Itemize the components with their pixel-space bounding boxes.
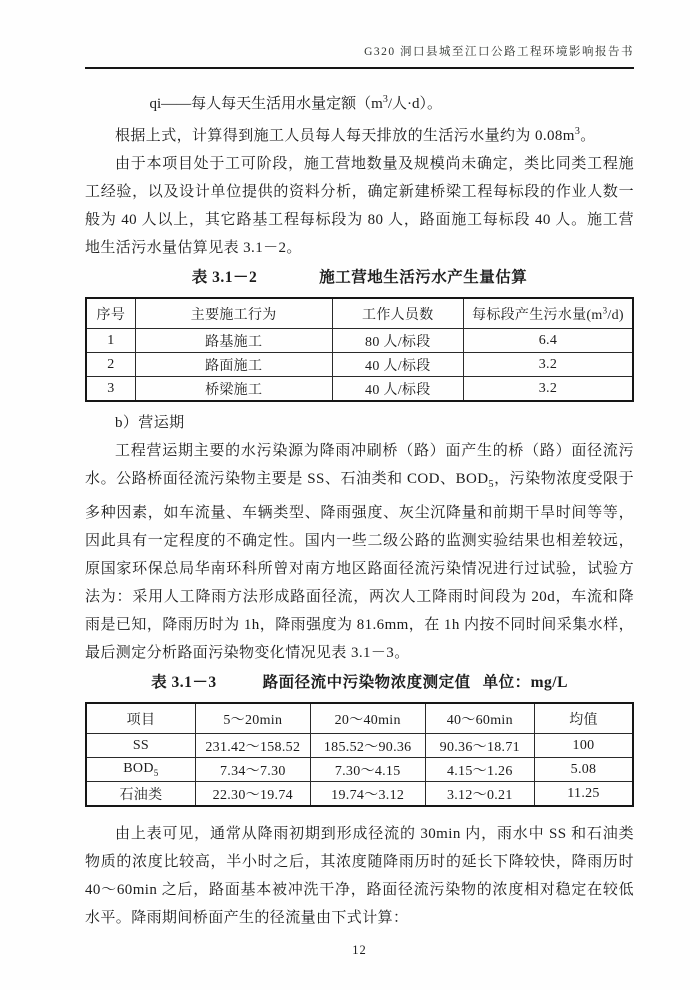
- table2-unit: 单位：mg/L: [483, 672, 568, 694]
- table-cell: SS: [86, 734, 195, 758]
- table-cell: 40 人/标段: [332, 353, 463, 377]
- formula-text-pre: qi——每人每天生活用水量定额（m: [150, 96, 383, 112]
- table-header-row: 项目5～20min20～40min40～60min均值: [86, 703, 633, 734]
- table-sewage-estimate: 序号主要施工行为工作人员数每标段产生污水量(m3/d) 1路基施工80 人/标段…: [85, 297, 634, 402]
- table-cell: 7.34～7.30: [195, 758, 310, 782]
- table-cell: 22.30～19.74: [195, 782, 310, 807]
- page-number: 12: [85, 943, 634, 958]
- table-cell: 40 人/标段: [332, 377, 463, 402]
- table1-caption: 表 3.1－2 施工营地生活污水产生量估算: [85, 267, 634, 289]
- column-header: 5～20min: [195, 703, 310, 734]
- para-calculation: 根据上式，计算得到施工人员每人每天排放的生活污水量约为 0.08m3。: [85, 118, 634, 150]
- table-cell: 7.30～4.15: [310, 758, 425, 782]
- para-conclusion: 由上表可见，通常从降雨初期到形成径流的 30min 内，雨水中 SS 和石油类物…: [85, 820, 634, 932]
- column-header: 序号: [86, 298, 135, 329]
- formula-definition-line: qi——每人每天生活用水量定额（m3/人·d）。: [85, 86, 634, 118]
- table-cell: 3.2: [463, 353, 633, 377]
- calc-text-pre: 根据上式，计算得到施工人员每人每天排放的生活污水量约为 0.08m: [115, 128, 575, 144]
- table1-title: 施工营地生活污水产生量估算: [319, 267, 527, 289]
- table-cell: 3.2: [463, 377, 633, 402]
- column-header: 40～60min: [425, 703, 534, 734]
- table-cell: BOD5: [86, 758, 195, 782]
- column-header: 均值: [535, 703, 634, 734]
- column-header: 20～40min: [310, 703, 425, 734]
- table-cell: 4.15～1.26: [425, 758, 534, 782]
- column-header: 项目: [86, 703, 195, 734]
- table-cell: 石油类: [86, 782, 195, 807]
- table-row: BOD57.34～7.307.30～4.154.15～1.265.08: [86, 758, 633, 782]
- table2-title: 路面径流中污染物浓度测定值: [263, 672, 471, 694]
- calc-text-post: 。: [580, 128, 595, 144]
- table-cell: 11.25: [535, 782, 634, 807]
- table-cell: 185.52～90.36: [310, 734, 425, 758]
- table-row: 3桥梁施工40 人/标段3.2: [86, 377, 633, 402]
- report-title: G320 洞口县城至江口公路工程环境影响报告书: [364, 46, 634, 58]
- table2-caption: 表 3.1－3 路面径流中污染物浓度测定值 单位：mg/L: [85, 672, 634, 694]
- para-operation-period: 工程营运期主要的水污染源为降雨冲刷桥（路）面产生的桥（路）面径流污水。公路桥面径…: [85, 437, 634, 667]
- table-cell: 路基施工: [135, 329, 332, 353]
- page-header: G320 洞口县城至江口公路工程环境影响报告书: [85, 45, 634, 59]
- column-header: 主要施工行为: [135, 298, 332, 329]
- para-project-context: 由于本项目处于工可阶段，施工营地数量及规模尚未确定，类比同类工程施工经验，以及设…: [85, 150, 634, 262]
- table-cell: 1: [86, 329, 135, 353]
- table2-label: 表 3.1－3: [151, 672, 217, 694]
- document-page: G320 洞口县城至江口公路工程环境影响报告书 qi——每人每天生活用水量定额（…: [0, 0, 700, 990]
- table-row: 2路面施工40 人/标段3.2: [86, 353, 633, 377]
- table-row: 1路基施工80 人/标段6.4: [86, 329, 633, 353]
- header-rule: [85, 67, 634, 69]
- table-cell: 90.36～18.71: [425, 734, 534, 758]
- table-cell: 2: [86, 353, 135, 377]
- table-cell: 231.42～158.52: [195, 734, 310, 758]
- table-cell: 80 人/标段: [332, 329, 463, 353]
- section-b-heading: b）营运期: [85, 409, 634, 437]
- column-header: 每标段产生污水量(m3/d): [463, 298, 633, 329]
- table-cell: 6.4: [463, 329, 633, 353]
- column-header: 工作人员数: [332, 298, 463, 329]
- table-row: 石油类22.30～19.7419.74～3.123.12～0.2111.25: [86, 782, 633, 807]
- table-cell: 3: [86, 377, 135, 402]
- table-cell: 3.12～0.21: [425, 782, 534, 807]
- table-cell: 5.08: [535, 758, 634, 782]
- table-cell: 路面施工: [135, 353, 332, 377]
- table-cell: 桥梁施工: [135, 377, 332, 402]
- table-runoff-concentration: 项目5～20min20～40min40～60min均值 SS231.42～158…: [85, 702, 634, 807]
- table-header-row: 序号主要施工行为工作人员数每标段产生污水量(m3/d): [86, 298, 633, 329]
- table-cell: 100: [535, 734, 634, 758]
- table-row: SS231.42～158.52185.52～90.3690.36～18.7110…: [86, 734, 633, 758]
- formula-text-post: /人·d）。: [388, 96, 442, 112]
- table1-label: 表 3.1－2: [192, 267, 258, 289]
- table-cell: 19.74～3.12: [310, 782, 425, 807]
- operation-text-p2: ，污染物浓度受限于多种因素，如车流量、车辆类型、降雨强度、灰尘沉降量和前期干旱时…: [85, 471, 634, 661]
